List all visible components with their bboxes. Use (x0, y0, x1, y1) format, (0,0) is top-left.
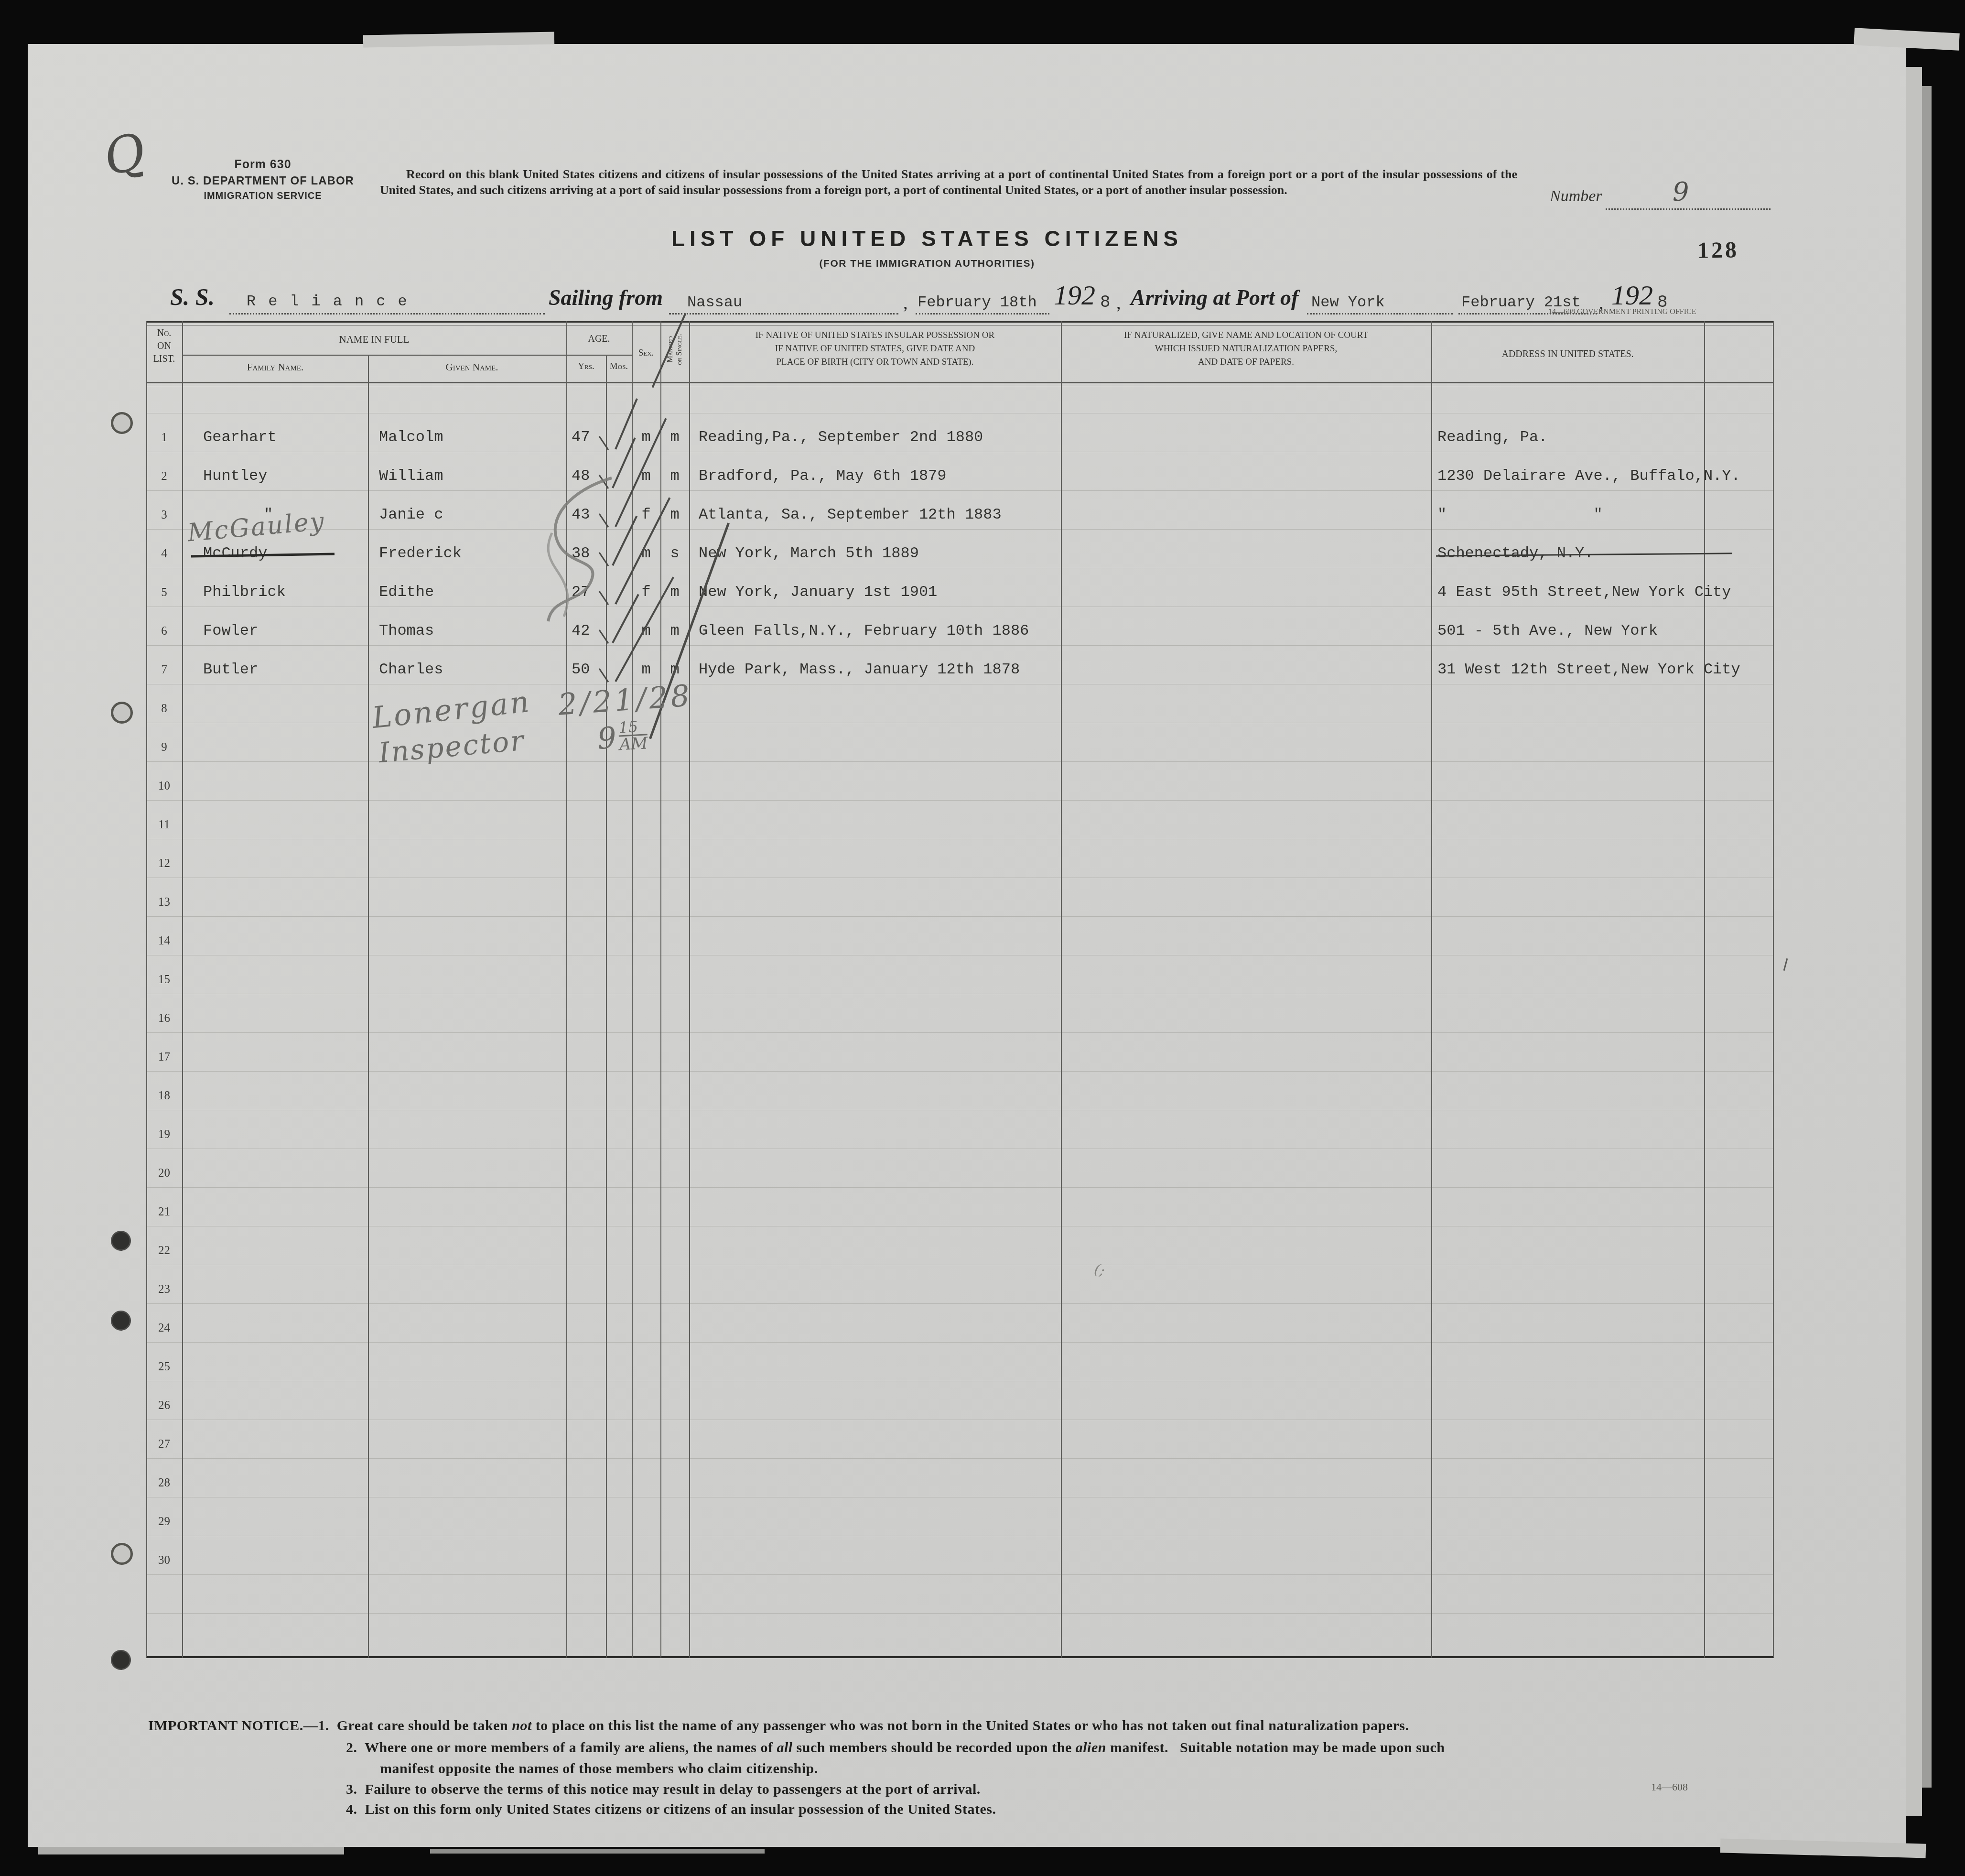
row-rule (146, 916, 1774, 917)
page-title: LIST OF UNITED STATES CITIZENS (659, 226, 1195, 251)
row-number: 1 (146, 431, 182, 445)
column-border (1061, 321, 1062, 1658)
row-rule (146, 1303, 1774, 1304)
row-rule (146, 955, 1774, 955)
cell-given-name: Charles (379, 661, 443, 678)
scan-background: { "page": { "background_mark": "Q", "for… (0, 0, 1965, 1876)
column-border (689, 321, 690, 1658)
cell-marital-status: m (662, 622, 687, 640)
cell-family-name: Fowler (203, 622, 258, 640)
page-subtitle: (FOR THE IMMIGRATION AUTHORITIES) (659, 258, 1195, 270)
row-number: 25 (146, 1360, 182, 1374)
page-stack-edge-bottom (38, 1847, 344, 1854)
sailing-from-label: Sailing from (549, 285, 663, 310)
page-stack-edge-bottom-2 (430, 1849, 765, 1854)
cell-birth-place-date: Gleen Falls,N.Y., February 10th 1886 (699, 622, 1029, 640)
table-rule (146, 382, 1774, 383)
row-number: 19 (146, 1128, 182, 1141)
cell-birth-place-date: Hyde Park, Mass., January 12th 1878 (699, 661, 1020, 678)
col-header-mos: Mos. (606, 361, 632, 372)
cell-address: 31 West 12th Street,New York City (1437, 661, 1740, 678)
row-number: 18 (146, 1089, 182, 1103)
hole-punch (111, 1543, 133, 1565)
cell-family-name: Huntley (203, 467, 267, 485)
hole-punch (111, 1650, 131, 1670)
row-number: 29 (146, 1515, 182, 1529)
row-number: 27 (146, 1438, 182, 1451)
row-rule (146, 452, 1774, 452)
notice-line: 3. Failure to observe the terms of this … (346, 1781, 981, 1798)
row-number: 15 (146, 973, 182, 987)
row-rule (146, 1381, 1774, 1381)
registry-number-line (1606, 208, 1771, 210)
row-rule (146, 1032, 1774, 1033)
row-rule (146, 1110, 1774, 1110)
row-number: 7 (146, 663, 182, 677)
inspection-time-ampm: AM (619, 735, 648, 753)
row-number: 2 (146, 470, 182, 483)
row-rule (146, 1574, 1774, 1575)
row-number: 21 (146, 1205, 182, 1219)
cell-marital-status: m (662, 467, 687, 485)
row-number: 8 (146, 702, 182, 716)
table-rule (146, 1654, 1774, 1654)
page-stack-edge-right (1906, 67, 1922, 1816)
col-header-given: Given Name. (380, 361, 564, 373)
sailing-year-printed: 192 (1054, 279, 1095, 311)
row-number: 4 (146, 547, 182, 561)
col-header-family: Family Name. (187, 361, 364, 373)
row-rule (146, 413, 1774, 413)
arriving-label: Arriving at Port of (1131, 285, 1298, 310)
row-number: 30 (146, 1554, 182, 1567)
cell-address: Schenectady, N.Y. (1437, 544, 1593, 562)
cell-age-years: 50 (572, 661, 590, 678)
table-rule (566, 355, 632, 356)
col-header-yrs: Yrs. (566, 361, 606, 372)
notice-text: 2. Where one or more members of a family… (346, 1740, 777, 1756)
cell-birth-place-date: New York, January 1st 1901 (699, 583, 937, 601)
row-rule (146, 1149, 1774, 1149)
arrival-year-printed: 192 (1611, 279, 1653, 311)
table-rule (146, 1656, 1774, 1658)
hole-punch (111, 1231, 131, 1251)
row-number: 14 (146, 934, 182, 948)
column-border (1704, 321, 1705, 1658)
cell-sex: f (634, 506, 659, 523)
row-rule (146, 1497, 1774, 1497)
row-rule (146, 1226, 1774, 1226)
pencil-scribble (518, 471, 628, 633)
sailing-port-line (669, 313, 898, 314)
row-number: 28 (146, 1476, 182, 1490)
cell-given-name: William (379, 467, 443, 485)
row-number: 10 (146, 780, 182, 793)
row-rule (146, 839, 1774, 839)
row-rule (146, 878, 1774, 878)
col-header-address: ADDRESS IN UNITED STATES. (1431, 349, 1704, 360)
cell-birth-place-date: Atlanta, Sa., September 12th 1883 (699, 506, 1002, 523)
notice-text: IMPORTANT NOTICE.—1. Great care should b… (148, 1718, 512, 1734)
cell-given-name: Edithe (379, 583, 434, 601)
table-rule (146, 386, 1774, 386)
column-border (368, 355, 369, 1658)
col-header-age: AGE. (566, 334, 632, 345)
cell-birth-place-date: Bradford, Pa., May 6th 1879 (699, 467, 946, 485)
table-rule (146, 325, 1774, 325)
col-header-no: No. ON LIST. (146, 327, 182, 366)
row-number: 3 (146, 509, 182, 522)
inspection-time-handwriting: 915AM (596, 718, 648, 756)
form-number: Form 630 (162, 158, 363, 172)
notice-text: to place on this list the name of any pa… (532, 1718, 1409, 1734)
cell-address: Reading, Pa. (1437, 428, 1547, 446)
row-rule (146, 607, 1774, 607)
notice-text: manifest opposite the names of those mem… (380, 1761, 818, 1777)
notice-text: such members should be recorded upon the (793, 1740, 1076, 1756)
column-border (660, 321, 661, 1658)
notice-line: 4. List on this form only United States … (346, 1801, 996, 1818)
cell-given-name: Janie c (379, 506, 443, 523)
row-rule (146, 1342, 1774, 1343)
cell-address: " " (1437, 506, 1603, 523)
row-number: 24 (146, 1322, 182, 1335)
hole-punch (111, 702, 133, 724)
table-rule (182, 355, 566, 356)
cell-marital-status: m (662, 506, 687, 523)
cell-birth-place-date: Reading,Pa., September 2nd 1880 (699, 428, 983, 446)
registry-number-value: 9 (1673, 177, 1689, 207)
row-rule (146, 994, 1774, 994)
form-agency: U. S. DEPARTMENT OF LABOR (162, 174, 363, 188)
row-rule (146, 684, 1774, 684)
row-rule (146, 1420, 1774, 1420)
cell-address: 4 East 95th Street,New York City (1437, 583, 1731, 601)
row-number: 9 (146, 741, 182, 754)
col-header-sex: Sex. (632, 348, 660, 358)
row-rule (146, 1458, 1774, 1459)
row-rule (146, 1613, 1774, 1614)
form-id-block: Form 630 U. S. DEPARTMENT OF LABOR IMMIG… (162, 158, 363, 202)
row-rule (146, 800, 1774, 801)
row-rule (146, 529, 1774, 530)
print-code-bottom: 14—608 (1651, 1781, 1688, 1793)
cell-family-name: Gearhart (203, 428, 277, 446)
cell-given-name: Thomas (379, 622, 434, 640)
cell-sex: m (634, 661, 659, 678)
cell-marital-status: s (662, 544, 687, 562)
row-number: 12 (146, 857, 182, 870)
ship-name: Reliance (247, 293, 420, 310)
cell-age-years: 47 (572, 428, 590, 446)
sailing-port: Nassau (687, 293, 742, 311)
notice-text: 3. Failure to observe the terms of this … (346, 1781, 981, 1797)
notice-emphasis: alien (1076, 1740, 1106, 1756)
cell-family-name: Philbrick (203, 583, 286, 601)
row-number: 16 (146, 1012, 182, 1025)
form-service: IMMIGRATION SERVICE (162, 191, 363, 202)
notice-text: 4. List on this form only United States … (346, 1801, 996, 1817)
row-number: 26 (146, 1399, 182, 1412)
form-instructions: Record on this blank United States citiz… (380, 166, 1517, 198)
row-number: 5 (146, 586, 182, 599)
arrival-port: New York (1311, 293, 1385, 311)
notice-line: 2. Where one or more members of a family… (346, 1740, 1445, 1756)
sailing-year-typed: 8 (1100, 293, 1111, 312)
hole-punch (111, 412, 133, 434)
print-code-top: 14—608 GOVERNMENT PRINTING OFFICE (1548, 308, 1696, 316)
col-header-name-in-full: NAME IN FULL (182, 334, 566, 346)
notice-emphasis: not (512, 1718, 532, 1734)
page-stack-edge-right-2 (1922, 86, 1932, 1788)
cell-address: 501 - 5th Ave., New York (1437, 622, 1658, 640)
row-number: 20 (146, 1167, 182, 1180)
row-rule (146, 1071, 1774, 1072)
row-number: 23 (146, 1283, 182, 1296)
table-rule (146, 321, 1774, 323)
hole-punch (111, 1311, 131, 1331)
row-number: 17 (146, 1051, 182, 1064)
sailing-date: February 18th (918, 293, 1037, 311)
row-number: 11 (146, 818, 182, 832)
cell-given-name: Frederick (379, 544, 462, 562)
ss-label: S. S. (170, 283, 215, 311)
col-header-birth: IF NATIVE OF UNITED STATES INSULAR POSSE… (689, 329, 1061, 369)
notice-emphasis: all (777, 1740, 792, 1756)
column-border (1431, 321, 1432, 1658)
column-border (182, 321, 183, 1658)
col-header-naturalized: IF NATURALIZED, GIVE NAME AND LOCATION O… (1061, 329, 1431, 369)
cell-marital-status: m (662, 428, 687, 446)
row-rule (146, 1265, 1774, 1265)
comma-2: , (1116, 293, 1121, 314)
cell-family-name: Butler (203, 661, 258, 678)
row-rule (146, 1187, 1774, 1188)
column-border (1773, 321, 1774, 1658)
row-number: 6 (146, 625, 182, 638)
cell-address: 1230 Delairare Ave., Buffalo,N.Y. (1437, 467, 1740, 485)
sailing-date-line (916, 313, 1049, 314)
notice-line: manifest opposite the names of those mem… (380, 1761, 818, 1777)
cell-birth-place-date: New York, March 5th 1889 (699, 544, 919, 562)
registry-number-label: Number (1550, 187, 1602, 206)
comma-1: , (903, 293, 908, 314)
page-number-stamp: 128 (1697, 237, 1739, 264)
row-number: 22 (146, 1244, 182, 1258)
cell-given-name: Malcolm (379, 428, 443, 446)
row-number: 13 (146, 896, 182, 909)
arrival-port-line (1307, 313, 1453, 314)
row-rule (146, 1536, 1774, 1536)
row-rule (146, 490, 1774, 491)
cell-family-name: McCurdy (203, 544, 267, 562)
notice-line: IMPORTANT NOTICE.—1. Great care should b… (148, 1718, 1409, 1734)
row-rule (146, 568, 1774, 568)
inspection-time-hour: 9 (596, 720, 617, 756)
notice-text: manifest. Suitable notation may be made … (1106, 1740, 1445, 1756)
ship-name-line (229, 313, 545, 314)
row-rule (146, 645, 1774, 646)
